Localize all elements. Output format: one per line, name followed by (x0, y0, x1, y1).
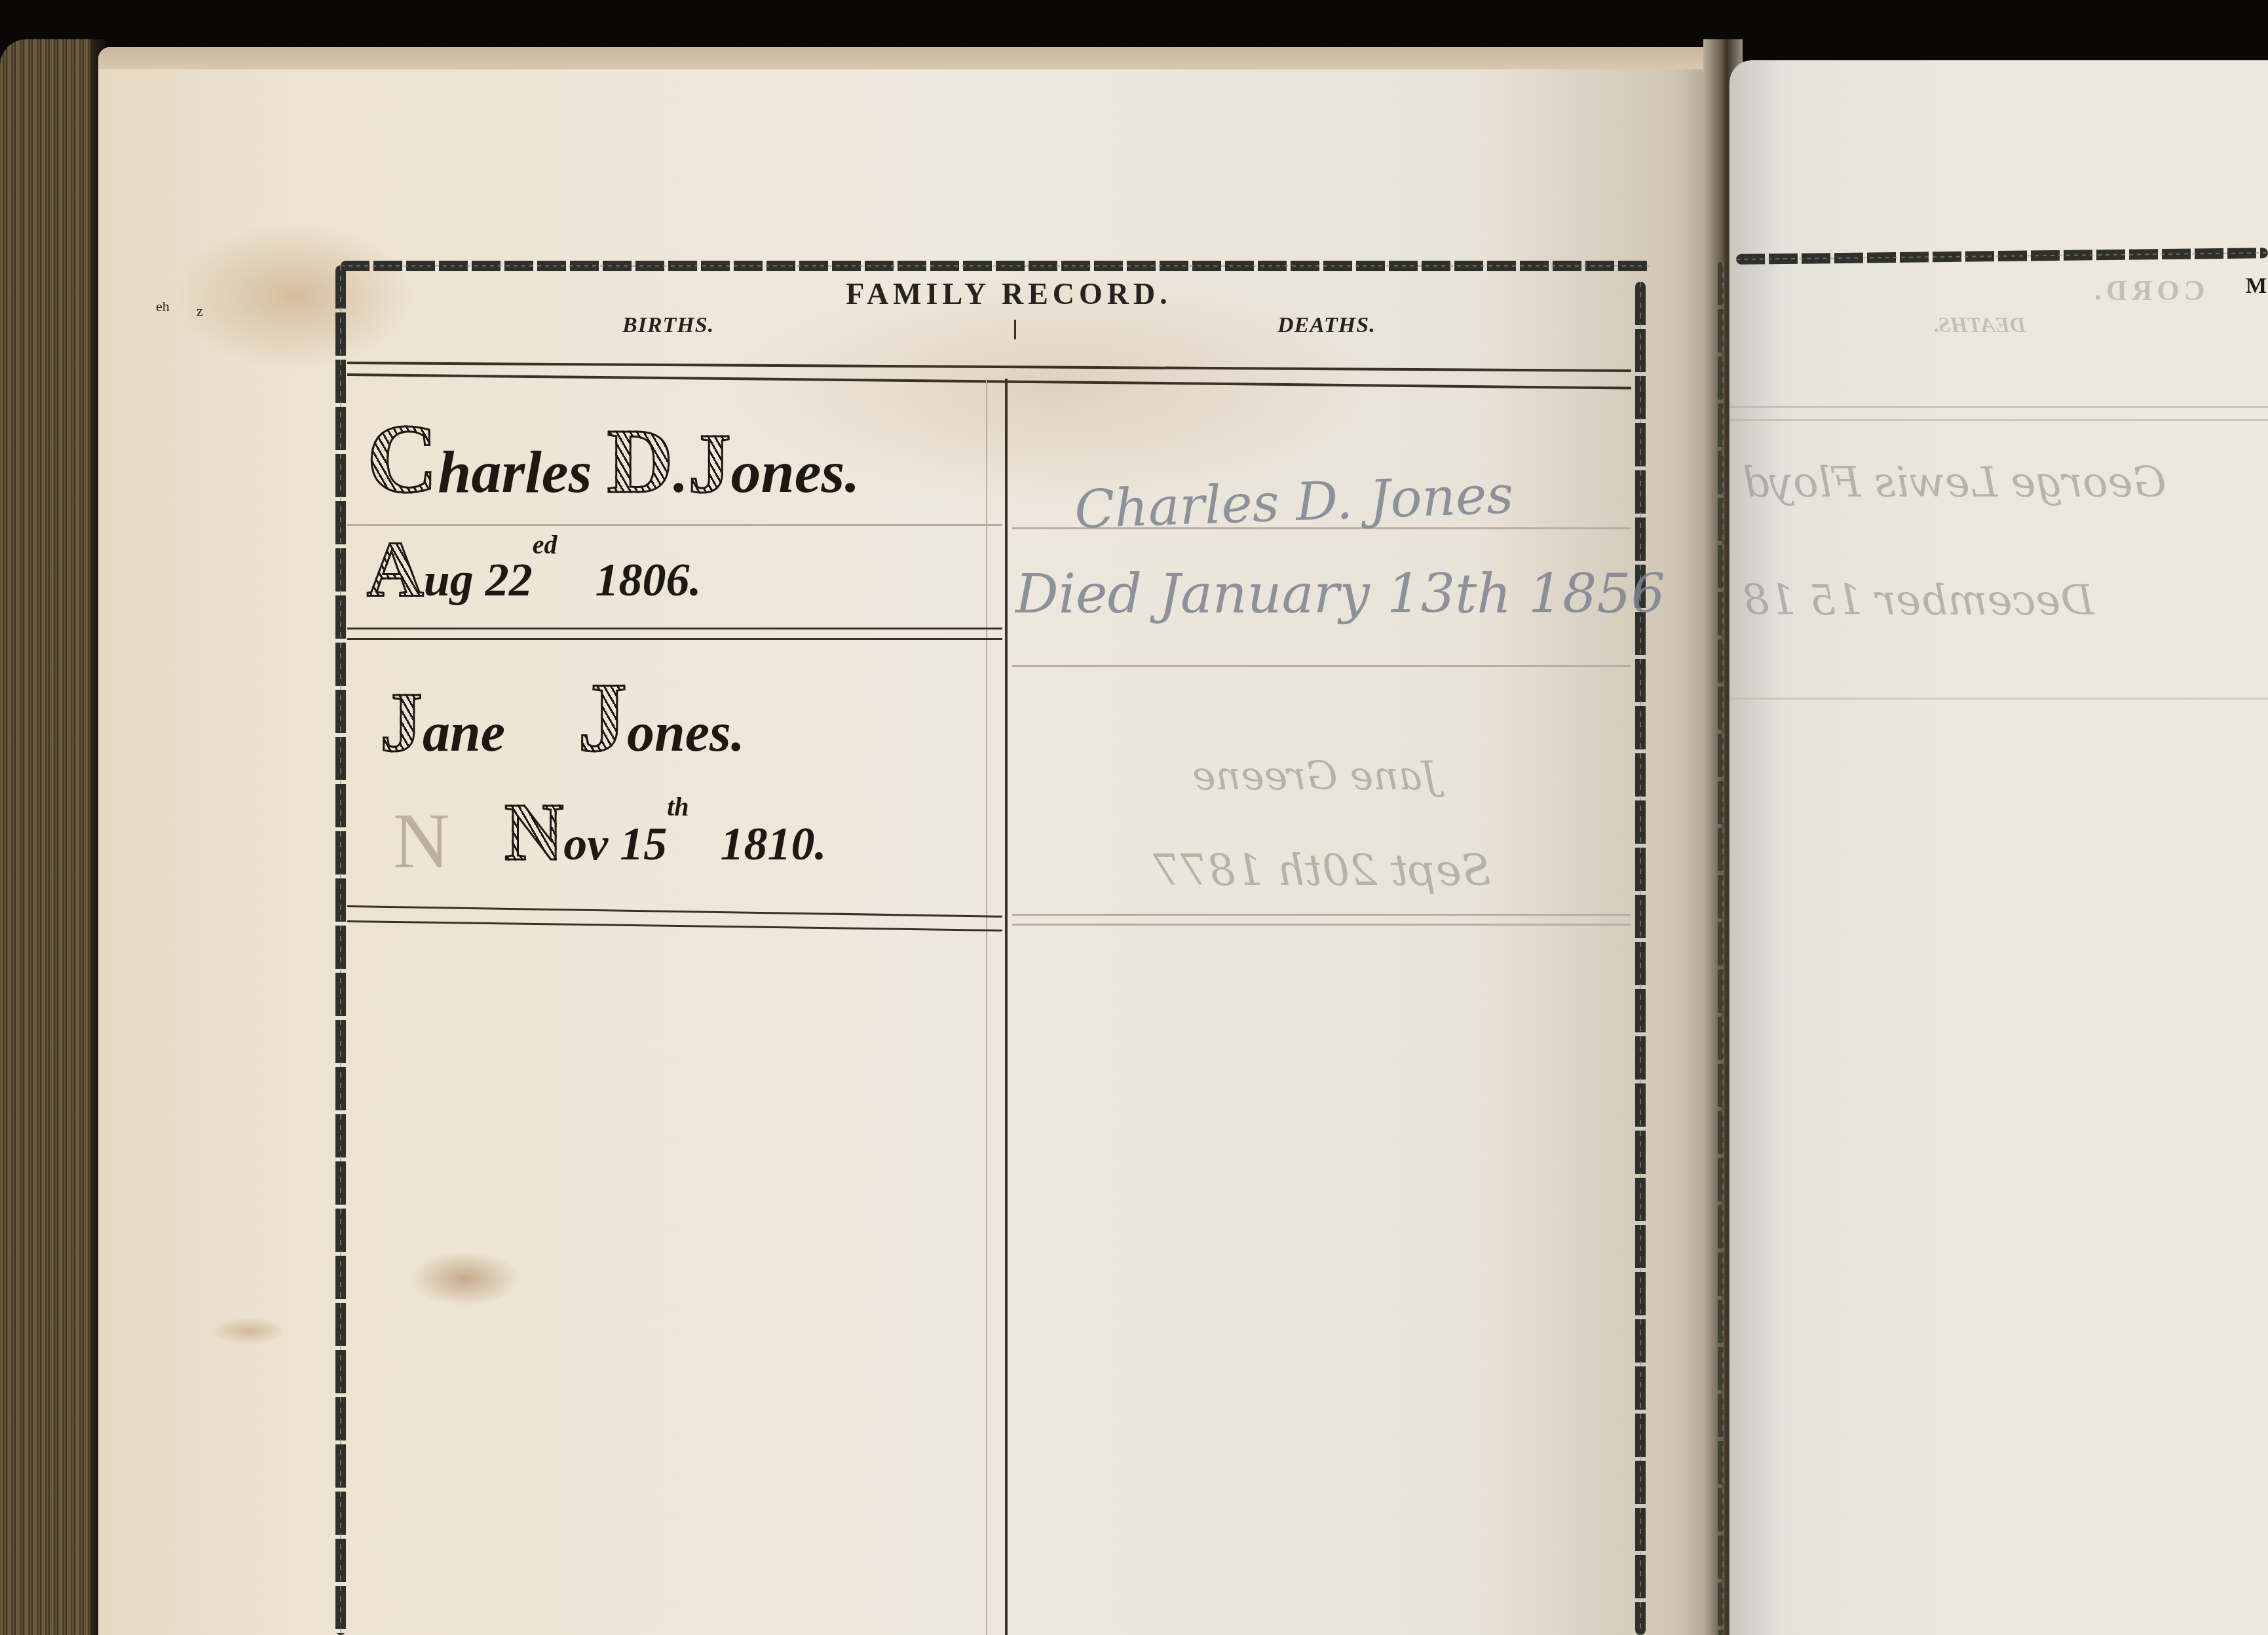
right-page-title-fragment: M (2246, 274, 2267, 299)
right-chain-border-left (1718, 262, 1723, 1635)
ornamental-initial: C (367, 405, 438, 514)
ornamental-initial: A (367, 525, 424, 612)
ornamental-initial: J (380, 675, 423, 770)
chain-border-left (335, 265, 346, 1635)
right-row-rule (1729, 419, 2268, 421)
row-guide-rule (1012, 914, 1631, 916)
column-guide-line (986, 379, 987, 1635)
births-column-header: BIRTHS. (622, 313, 714, 338)
ornamental-initial: J (578, 664, 627, 772)
row-rule (347, 638, 1002, 640)
death-entry-detail: Died January 13th 1856 (1015, 563, 1665, 626)
ornamental-initial: J (689, 417, 731, 511)
deaths-column-header: DEATHS. (1277, 313, 1376, 338)
column-divider (1005, 379, 1008, 1635)
bleed-through-text: Jane Greene (1192, 753, 1438, 799)
margin-mark: eh (156, 298, 170, 315)
row-guide-rule (1012, 665, 1631, 667)
page-title: FAMILY RECORD. (773, 276, 1245, 311)
bleed-through-text: December 15 18 (1743, 576, 2094, 625)
faded-sketched-letter: N (393, 796, 450, 886)
birth-entry-name: Charles D.Jones. (367, 403, 860, 516)
chain-border-right (1635, 282, 1646, 1635)
chain-border-top (341, 261, 1651, 271)
right-row-rule (1729, 698, 2268, 700)
bleed-through-title: CORD. (2090, 274, 2205, 307)
ornamental-initial: D (607, 411, 673, 512)
header-center-tick (1014, 320, 1016, 339)
birth-entry-date: Aug 22ed 1806. (367, 524, 701, 614)
ornamental-initial: N (504, 787, 563, 878)
birth-entry-name: Jane Jones. (380, 662, 745, 774)
birth-entry-date: Nov 15th 1810. (504, 786, 827, 880)
margin-mark: z (197, 303, 203, 320)
bleed-through-text: George Lewis Floyd (1743, 459, 2166, 507)
bleed-through-header: DEATHS. (1933, 313, 2026, 338)
row-rule (347, 628, 1002, 630)
page-edges-stack (0, 39, 105, 1635)
row-guide-rule (1012, 924, 1631, 926)
bleed-through-text: Sept 20th 1877 (1153, 845, 1491, 895)
page-top-edge (98, 47, 1723, 69)
right-row-rule (1729, 406, 2268, 408)
